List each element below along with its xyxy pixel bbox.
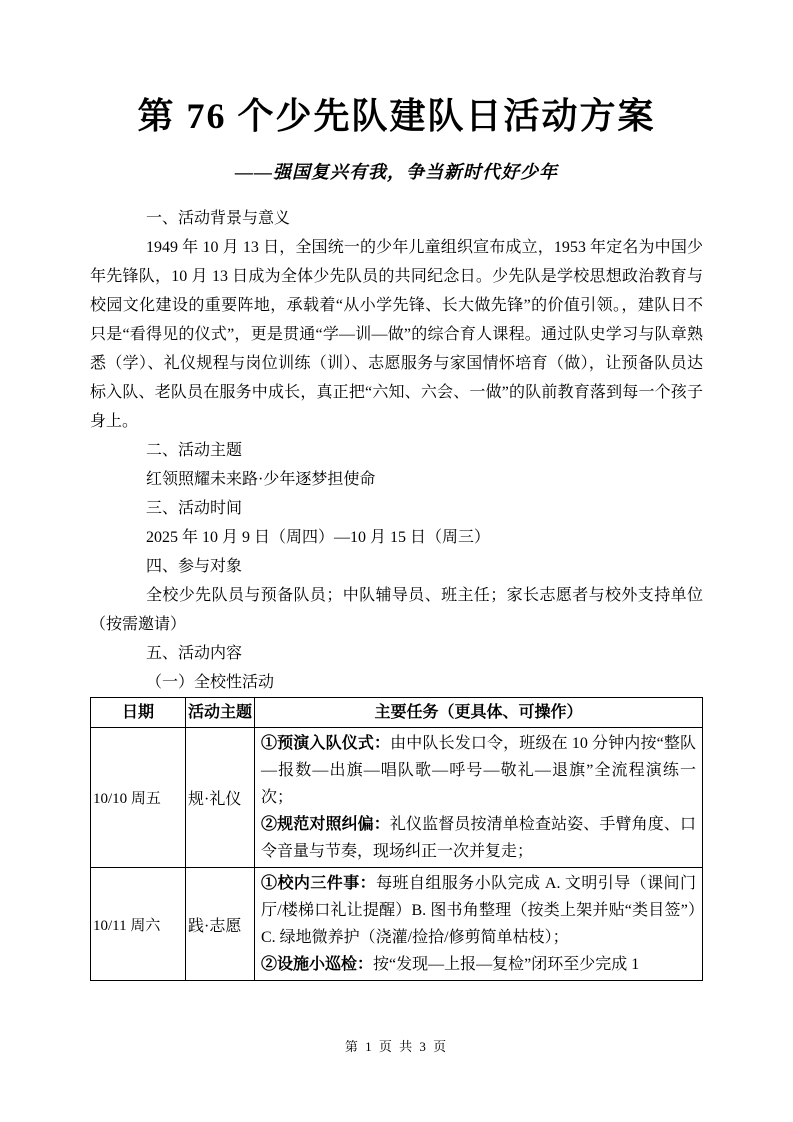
page-footer: 第 1 页 共 3 页 <box>0 1036 793 1055</box>
section-heading: 二、活动主题 <box>90 436 703 465</box>
document-page: 第 76 个少先队建队日活动方案 ——强国复兴有我，争当新时代好少年 一、活动背… <box>0 0 793 1122</box>
paragraph: 2025 年 10 月 9 日（周四）—10 月 15 日（周三） <box>90 523 703 552</box>
task-item: ①预演入队仪式：由中队长发口令，班级在 10 分钟内按“整队—报数—出旗—唱队歌… <box>261 730 696 811</box>
cell-tasks: ①预演入队仪式：由中队长发口令，班级在 10 分钟内按“整队—报数—出旗—唱队歌… <box>255 728 703 868</box>
cell-theme: 践·志愿 <box>186 868 255 981</box>
table-row: 10/11 周六践·志愿①校内三件事：每班自组服务小队完成 A. 文明引导（课间… <box>91 868 703 981</box>
col-header-tasks: 主要任务（更具体、可操作） <box>255 698 703 728</box>
task-label: ②规范对照纠偏： <box>261 816 390 833</box>
task-label: ①校内三件事： <box>261 875 376 892</box>
doc-subtitle: ——强国复兴有我，争当新时代好少年 <box>90 158 703 186</box>
task-text: 按“发现—上报—复检”闭环至少完成 1 <box>373 956 639 973</box>
section-heading: 一、活动背景与意义 <box>90 204 703 233</box>
paragraph: 全校少先队员与预备队员；中队辅导员、班主任；家长志愿者与校外支持单位（按需邀请） <box>90 581 703 639</box>
section-subheading: （一）全校性活动 <box>90 668 703 697</box>
section-heading: 三、活动时间 <box>90 494 703 523</box>
table-row: 10/10 周五规·礼仪①预演入队仪式：由中队长发口令，班级在 10 分钟内按“… <box>91 728 703 868</box>
header-row: 日期 活动主题 主要任务（更具体、可操作） <box>91 698 703 728</box>
col-header-theme: 活动主题 <box>186 698 255 728</box>
activity-table: 日期 活动主题 主要任务（更具体、可操作） 10/10 周五规·礼仪①预演入队仪… <box>90 697 703 981</box>
activity-table-header: 日期 活动主题 主要任务（更具体、可操作） <box>91 698 703 728</box>
task-item: ①校内三件事：每班自组服务小队完成 A. 文明引导（课间门厅/楼梯口礼让提醒）B… <box>261 870 696 951</box>
section-heading: 四、参与对象 <box>90 552 703 581</box>
task-item: ②设施小巡检：按“发现—上报—复检”闭环至少完成 1 <box>261 951 696 978</box>
col-header-date: 日期 <box>91 698 186 728</box>
doc-body: 一、活动背景与意义1949 年 10 月 13 日，全国统一的少年儿童组织宣布成… <box>90 204 703 697</box>
paragraph: 红领照耀未来路·少年逐梦担使命 <box>90 465 703 494</box>
task-label: ②设施小巡检： <box>261 956 373 973</box>
task-label: ①预演入队仪式： <box>261 735 390 752</box>
cell-tasks: ①校内三件事：每班自组服务小队完成 A. 文明引导（课间门厅/楼梯口礼让提醒）B… <box>255 868 703 981</box>
section-heading: 五、活动内容 <box>90 639 703 668</box>
activity-table-body: 10/10 周五规·礼仪①预演入队仪式：由中队长发口令，班级在 10 分钟内按“… <box>91 728 703 981</box>
cell-date: 10/11 周六 <box>91 868 186 981</box>
doc-title: 第 76 个少先队建队日活动方案 <box>90 88 703 144</box>
cell-date: 10/10 周五 <box>91 728 186 868</box>
cell-theme: 规·礼仪 <box>186 728 255 868</box>
task-item: ②规范对照纠偏：礼仪监督员按清单检查站姿、手臂角度、口令音量与节奏，现场纠正一次… <box>261 811 696 865</box>
paragraph: 1949 年 10 月 13 日，全国统一的少年儿童组织宣布成立，1953 年定… <box>90 233 703 436</box>
